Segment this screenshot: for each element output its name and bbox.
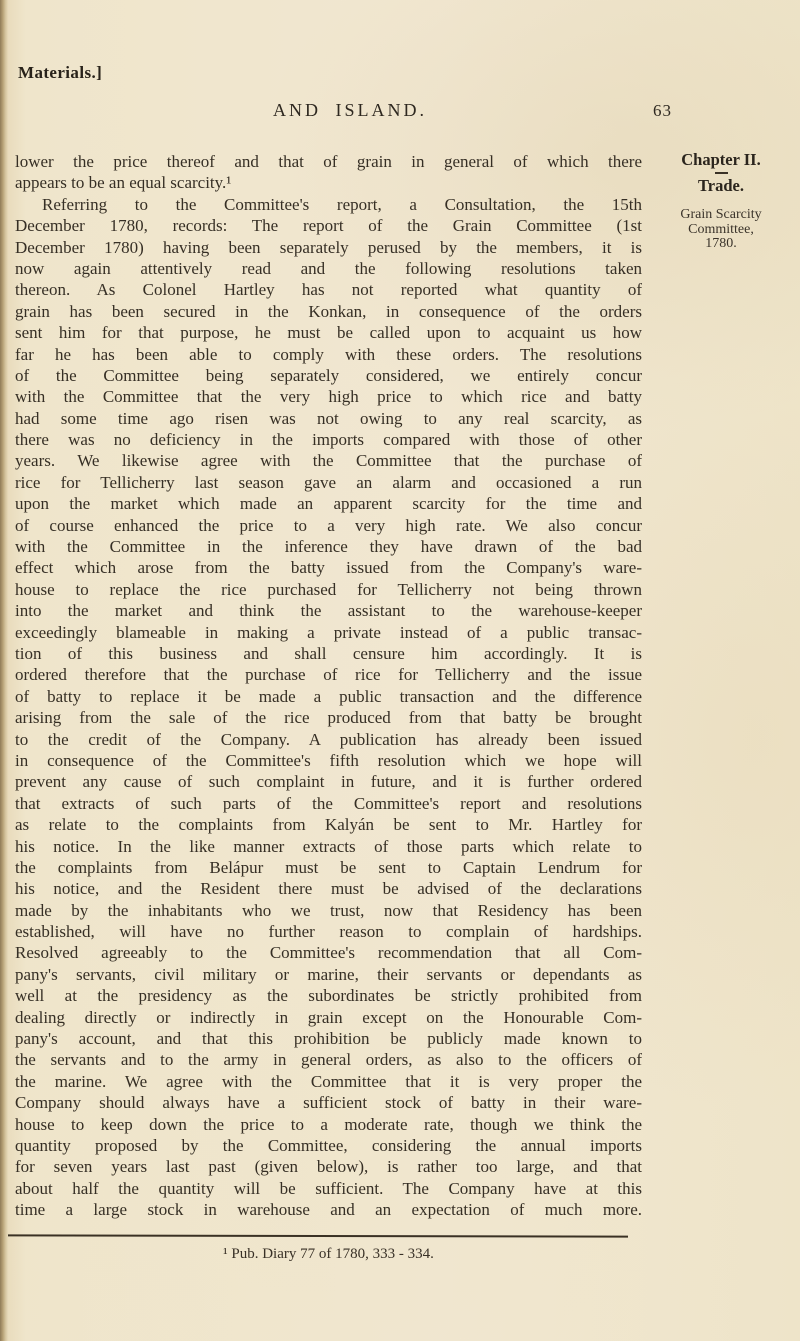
body-text: lower the price thereof and that of grai…	[15, 151, 642, 1221]
running-title: AND ISLAND.	[200, 100, 500, 121]
margin-sidenote-line: Committee,	[648, 223, 794, 238]
body-line: that extracts of such parts of the Commi…	[15, 793, 642, 814]
body-line: of course enhanced the price to a very h…	[15, 515, 642, 536]
body-line: Referring to the Committee's report, a C…	[15, 194, 642, 215]
body-line: upon the market which made an apparent s…	[15, 493, 642, 514]
body-line: effect which arose from the batty issued…	[15, 557, 642, 578]
body-line: with the Committee in the inference they…	[15, 536, 642, 557]
body-line: far he has been able to comply with thes…	[15, 344, 642, 365]
body-line: with the Committee that the very high pr…	[15, 386, 642, 407]
body-line: prevent any cause of such complaint in f…	[15, 771, 642, 792]
body-line: in consequence of the Committee's fifth …	[15, 750, 642, 771]
body-line: pany's servants, civil military or marin…	[15, 964, 642, 985]
body-line: Resolved agreeably to the Committee's re…	[15, 942, 642, 963]
margin-sidenote-line: 1780.	[648, 237, 794, 252]
body-line: rice for Tellicherry last season gave an…	[15, 472, 642, 493]
body-line: time a large stock in warehouse and an e…	[15, 1199, 642, 1220]
page-number: 63	[653, 101, 672, 121]
body-line: grain has been secured in the Konkan, in…	[15, 301, 642, 322]
margin-sidenote-line: Grain Scarcity	[648, 208, 794, 223]
body-line: to the credit of the Company. A publicat…	[15, 729, 642, 750]
body-line: had some time ago risen was not owing to…	[15, 408, 642, 429]
body-line: pany's account, and that this prohibitio…	[15, 1028, 642, 1049]
body-line: of batty to replace it be made a public …	[15, 686, 642, 707]
body-line: years. We likewise agree with the Commit…	[15, 450, 642, 471]
body-line: dealing directly or indirectly in grain …	[15, 1007, 642, 1028]
margin-notes: Chapter II. Trade. Grain ScarcityCommitt…	[648, 151, 794, 252]
header-signature: Materials.]	[18, 63, 102, 83]
body-line: his notice, and the Resident there must …	[15, 878, 642, 899]
body-line: now again attentively read and the follo…	[15, 258, 642, 279]
body-line: exceedingly blameable in making a privat…	[15, 622, 642, 643]
body-line: established, will have no further reason…	[15, 921, 642, 942]
body-line: house to replace the rice purchased for …	[15, 579, 642, 600]
body-line: December 1780) having been separately pe…	[15, 237, 642, 258]
body-line: of the Committee being separately consid…	[15, 365, 642, 386]
body-line: December 1780, records: The report of th…	[15, 215, 642, 236]
body-line: well at the presidency as the subordinat…	[15, 985, 642, 1006]
body-line: thereon. As Colonel Hartley has not repo…	[15, 279, 642, 300]
body-line: appears to be an equal scarcity.¹	[15, 172, 642, 193]
margin-divider-rule	[715, 172, 728, 174]
body-line: arising from the sale of the rice produc…	[15, 707, 642, 728]
margin-sidenote: Grain ScarcityCommittee,1780.	[648, 208, 794, 252]
body-line: the marine. We agree with the Committee …	[15, 1071, 642, 1092]
body-line: ordered therefore that the purchase of r…	[15, 664, 642, 685]
body-line: tion of this business and shall censure …	[15, 643, 642, 664]
body-line: the servants and to the army in general …	[15, 1049, 642, 1070]
binding-edge	[0, 0, 8, 1341]
body-line: as relate to the complaints from Kalyán …	[15, 814, 642, 835]
body-line: Company should always have a sufficient …	[15, 1092, 642, 1113]
body-line: into the market and think the assistant …	[15, 600, 642, 621]
body-line: about half the quantity will be sufficie…	[15, 1178, 642, 1199]
footnote-reference: ¹ Pub. Diary 77 of 1780, 333 - 334.	[15, 1246, 642, 1263]
margin-section-label: Trade.	[648, 177, 794, 195]
body-line: made by the inhabitants who we trust, no…	[15, 900, 642, 921]
margin-chapter-label: Chapter II.	[648, 151, 794, 169]
body-line: his notice. In the like manner extracts …	[15, 836, 642, 857]
body-line: sent him for that purpose, he must be ca…	[15, 322, 642, 343]
body-line: the complaints from Belápur must be sent…	[15, 857, 642, 878]
footnote-separator-rule	[8, 1234, 628, 1237]
body-line: house to keep down the price to a modera…	[15, 1114, 642, 1135]
body-line: lower the price thereof and that of grai…	[15, 151, 642, 172]
body-line: quantity proposed by the Committee, cons…	[15, 1135, 642, 1156]
body-line: there was no deficiency in the imports c…	[15, 429, 642, 450]
body-line: for seven years last past (given below),…	[15, 1156, 642, 1177]
book-page: Materials.] AND ISLAND. 63 Chapter II. T…	[0, 0, 800, 1341]
